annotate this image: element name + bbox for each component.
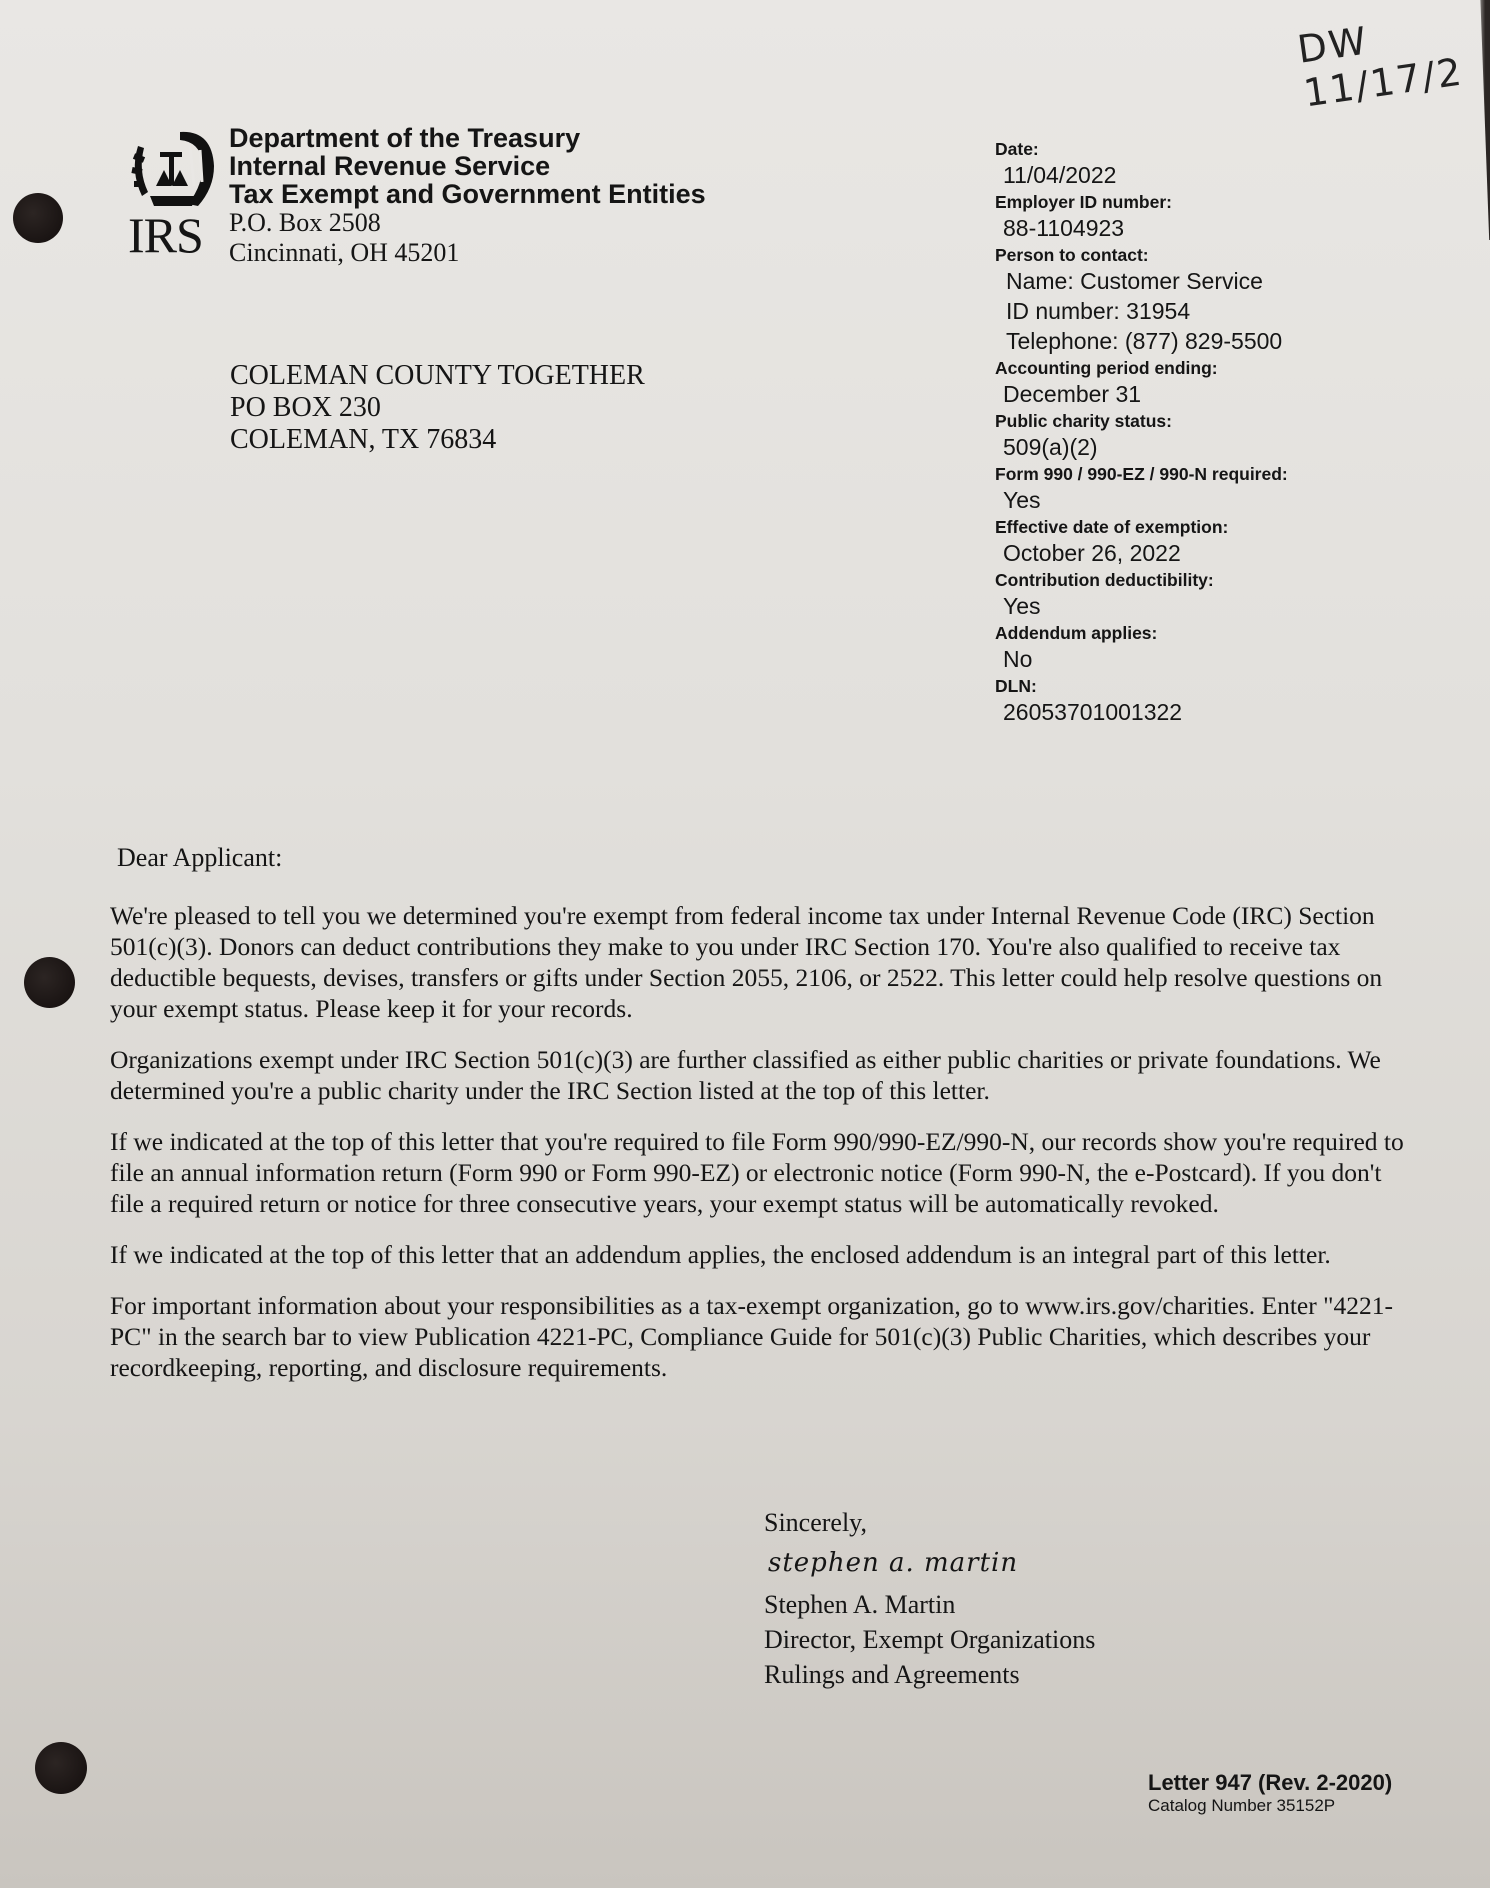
hole-punch-top bbox=[13, 193, 63, 243]
irs-logo: IRS bbox=[128, 126, 220, 258]
paper-edge-shadow bbox=[1474, 0, 1490, 240]
agency-po-box: P.O. Box 2508 bbox=[229, 208, 706, 238]
date-value: 11/04/2022 bbox=[1003, 160, 1395, 190]
signer-name: Stephen A. Martin bbox=[764, 1587, 1095, 1622]
handwritten-note-text: DW 11/17/2 bbox=[1295, 5, 1476, 116]
paragraph-classification: Organizations exempt under IRC Section 5… bbox=[110, 1044, 1410, 1106]
recipient-street: PO BOX 230 bbox=[230, 392, 645, 424]
ein-value: 88-1104923 bbox=[1003, 213, 1395, 243]
letter-info-panel: Date: 11/04/2022 Employer ID number: 88-… bbox=[995, 138, 1395, 728]
contact-name: Name: Customer Service bbox=[1006, 266, 1395, 296]
paragraph-exemption: We're pleased to tell you we determined … bbox=[110, 900, 1410, 1024]
eagle-scales-icon bbox=[128, 126, 218, 210]
recipient-address: COLEMAN COUNTY TOGETHER PO BOX 230 COLEM… bbox=[230, 360, 645, 456]
accounting-period-value: December 31 bbox=[1003, 379, 1395, 409]
letter-body: We're pleased to tell you we determined … bbox=[110, 900, 1410, 1403]
deductibility-value: Yes bbox=[1003, 591, 1395, 621]
ein-label: Employer ID number: bbox=[995, 191, 1395, 213]
hole-punch-middle bbox=[24, 957, 75, 1008]
addendum-label: Addendum applies: bbox=[995, 622, 1395, 644]
dln-label: DLN: bbox=[995, 675, 1395, 697]
signer-title: Director, Exempt Organizations bbox=[764, 1622, 1095, 1657]
form-required-label: Form 990 / 990-EZ / 990-N required: bbox=[995, 463, 1395, 485]
hole-punch-bottom bbox=[35, 1742, 87, 1794]
irs-wordmark: IRS bbox=[128, 212, 220, 258]
recipient-city: COLEMAN, TX 76834 bbox=[230, 424, 645, 456]
date-label: Date: bbox=[995, 138, 1395, 160]
contact-phone: Telephone: (877) 829-5500 bbox=[1006, 326, 1395, 356]
department-name: Department of the Treasury bbox=[229, 124, 706, 152]
agency-city: Cincinnati, OH 45201 bbox=[229, 238, 706, 268]
form-required-value: Yes bbox=[1003, 485, 1395, 515]
letter-form-number: Letter 947 (Rev. 2-2020) bbox=[1148, 1770, 1392, 1796]
charity-status-value: 509(a)(2) bbox=[1003, 432, 1395, 462]
agency-header: Department of the Treasury Internal Reve… bbox=[229, 124, 706, 268]
accounting-period-label: Accounting period ending: bbox=[995, 357, 1395, 379]
paragraph-addendum: If we indicated at the top of this lette… bbox=[110, 1239, 1410, 1270]
recipient-name: COLEMAN COUNTY TOGETHER bbox=[230, 360, 645, 392]
catalog-number: Catalog Number 35152P bbox=[1148, 1796, 1392, 1816]
letter-closing: Sincerely, stephen a. martin Stephen A. … bbox=[764, 1505, 1095, 1692]
paragraph-resources: For important information about your res… bbox=[110, 1290, 1410, 1383]
addendum-value: No bbox=[1003, 644, 1395, 674]
contact-id: ID number: 31954 bbox=[1006, 296, 1395, 326]
charity-status-label: Public charity status: bbox=[995, 410, 1395, 432]
effective-date-value: October 26, 2022 bbox=[1003, 538, 1395, 568]
signature: stephen a. martin bbox=[768, 1546, 1095, 1581]
division-name: Tax Exempt and Government Entities bbox=[229, 180, 706, 208]
deductibility-label: Contribution deductibility: bbox=[995, 569, 1395, 591]
dln-value: 26053701001322 bbox=[1003, 697, 1395, 727]
handwritten-note: DW 11/17/2 bbox=[1300, 10, 1470, 130]
form-footer: Letter 947 (Rev. 2-2020) Catalog Number … bbox=[1148, 1770, 1392, 1816]
valediction: Sincerely, bbox=[764, 1505, 1095, 1540]
agency-name: Internal Revenue Service bbox=[229, 152, 706, 180]
paragraph-filing-requirement: If we indicated at the top of this lette… bbox=[110, 1126, 1410, 1219]
salutation: Dear Applicant: bbox=[117, 843, 282, 873]
effective-date-label: Effective date of exemption: bbox=[995, 516, 1395, 538]
signer-department: Rulings and Agreements bbox=[764, 1657, 1095, 1692]
contact-label: Person to contact: bbox=[995, 244, 1395, 266]
